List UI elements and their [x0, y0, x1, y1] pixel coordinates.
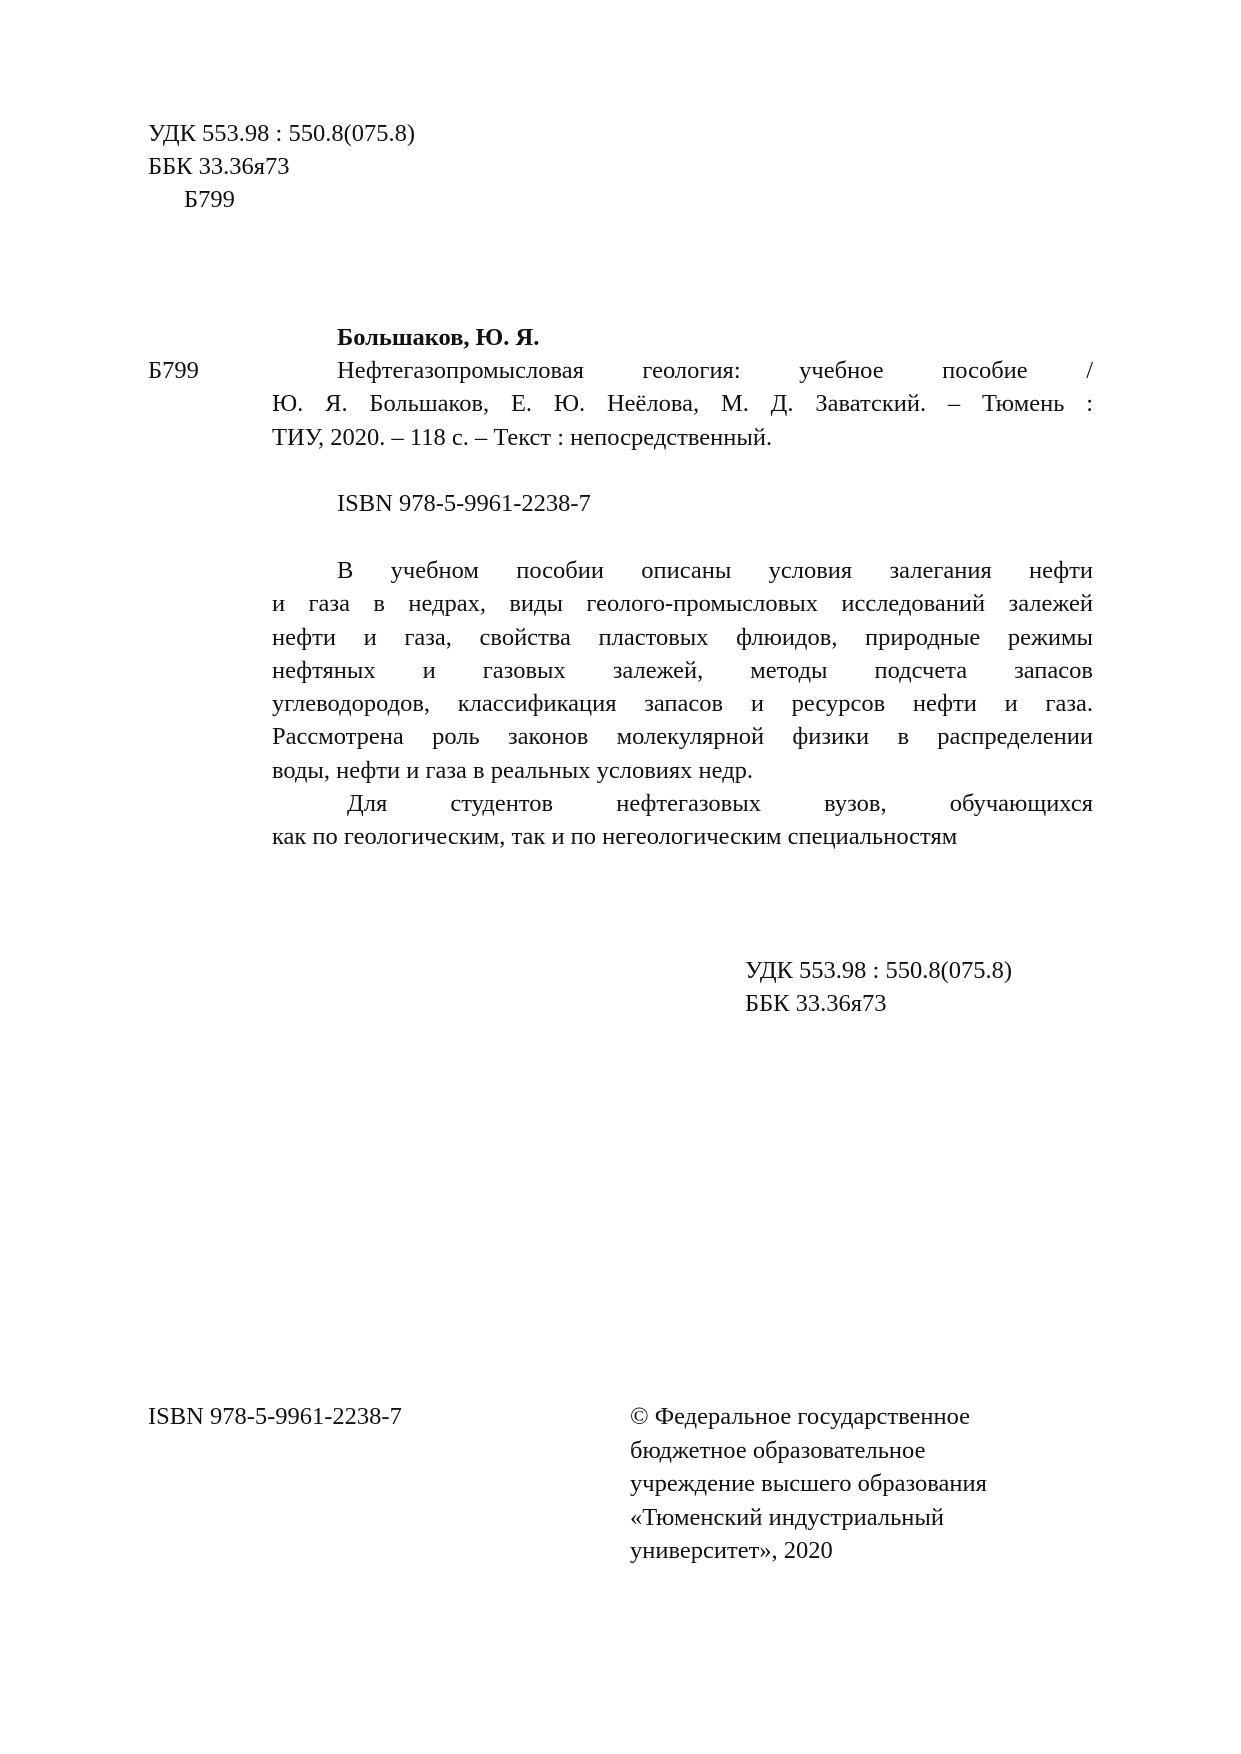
copyright-line: учреждение высшего образования [630, 1467, 987, 1501]
bibliographic-description: Нефтегазопромысловая геология: учебное п… [272, 354, 1093, 454]
abstract-line: и газа в недрах, виды геолого-промысловы… [272, 587, 1093, 620]
copyright-notice: © Федеральное государственное бюджетное … [630, 1400, 987, 1568]
bbk-code: ББК 33.36я73 [148, 150, 415, 183]
udk-code: УДК 553.98 : 550.8(075.8) [148, 117, 415, 150]
author-heading: Большаков, Ю. Я. [337, 321, 539, 354]
isbn-record: ISBN 978-5-9961-2238-7 [337, 487, 591, 520]
author-sign-left: Б799 [148, 354, 199, 387]
abstract-line: как по геологическим, так и по негеологи… [272, 820, 1093, 853]
copyright-line: «Тюменский индустриальный [630, 1501, 987, 1535]
isbn-footer: ISBN 978-5-9961-2238-7 [148, 1400, 402, 1433]
abstract-line: нефтяных и газовых залежей, методы подсч… [272, 654, 1093, 687]
copyright-line: бюджетное образовательное [630, 1434, 987, 1468]
classification-right: УДК 553.98 : 550.8(075.8) ББК 33.36я73 [745, 954, 1012, 1020]
classification-header: УДК 553.98 : 550.8(075.8) ББК 33.36я73 Б… [148, 117, 415, 216]
biblio-line: Нефтегазопромысловая геология: учебное п… [272, 354, 1093, 387]
copyright-line: © Федеральное государственное [630, 1400, 987, 1434]
udk-code-right: УДК 553.98 : 550.8(075.8) [745, 954, 1012, 987]
biblio-line: ТИУ, 2020. – 118 с. – Текст : непосредст… [272, 421, 1093, 454]
copyright-line: университет», 2020 [630, 1534, 987, 1568]
abstract: В учебном пособии описаны условия залега… [272, 554, 1093, 854]
abstract-line: Рассмотрена роль законов молекулярной фи… [272, 720, 1093, 753]
bbk-code-right: ББК 33.36я73 [745, 987, 1012, 1020]
abstract-line: воды, нефти и газа в реальных условиях н… [272, 754, 1093, 787]
biblio-line: Ю. Я. Большаков, Е. Ю. Неёлова, М. Д. За… [272, 387, 1093, 420]
author-sign: Б799 [148, 183, 415, 216]
abstract-line: Для студентов нефтегазовых вузов, обучаю… [272, 787, 1093, 820]
abstract-line: нефти и газа, свойства пластовых флюидов… [272, 621, 1093, 654]
abstract-line: углеводородов, классификация запасов и р… [272, 687, 1093, 720]
abstract-line: В учебном пособии описаны условия залега… [272, 554, 1093, 587]
